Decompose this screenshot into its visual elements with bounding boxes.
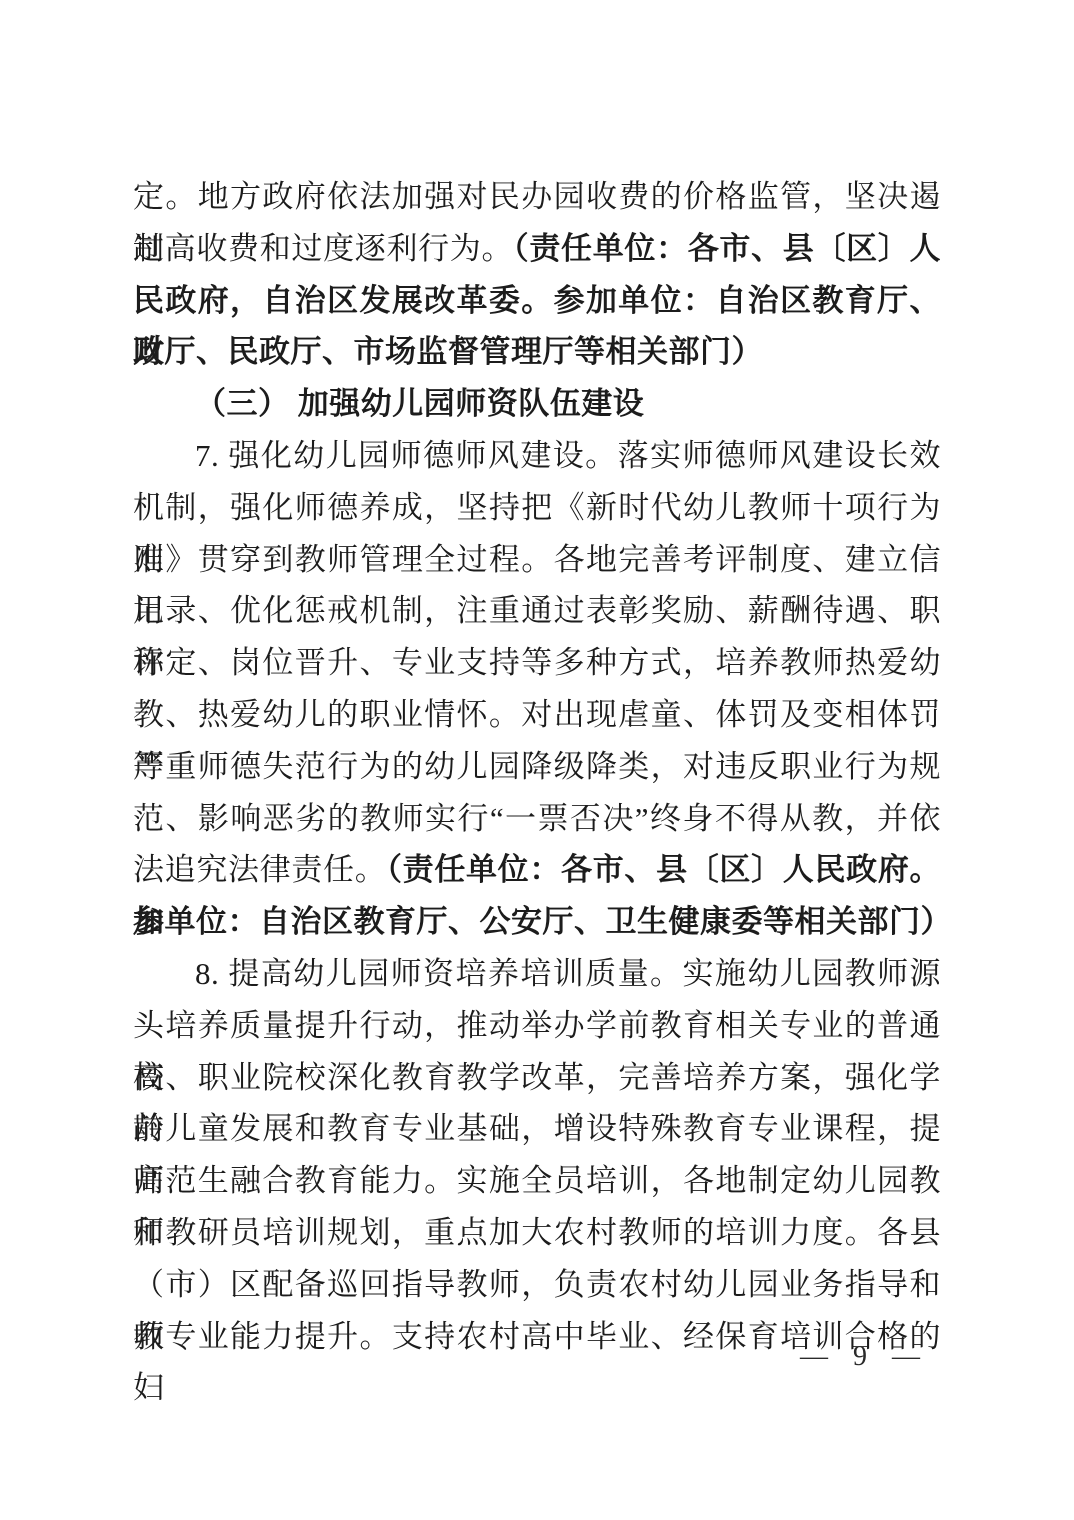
text-line: 评定、岗位晋升、专业支持等多种方式，培养教师热爱幼 (133, 637, 941, 689)
text-segment: 和教研员培训规划，重点加大农村教师的培训力度。各县 (133, 1215, 941, 1250)
text-line: 师范生融合教育能力。实施全员培训，各地制定幼儿园教师 (133, 1155, 941, 1207)
text-line: 8. 提高幼儿园师资培养培训质量。实施幼儿园教师源 (133, 948, 941, 1000)
text-segment: 严重师德失范行为的幼儿园降级降类，对违反职业行为规 (133, 749, 941, 784)
text-line: （市）区配备巡回指导教师，负责农村幼儿园业务指导和教 (133, 1259, 941, 1311)
text-line: 法追究法律责任。（责任单位：各市、县〔区〕人民政府。参 (133, 844, 941, 896)
text-line: 严重师德失范行为的幼儿园降级降类，对违反职业行为规 (133, 741, 941, 793)
text-line: 加单位：自治区教育厅、公安厅、卫生健康委等相关部门） (133, 896, 941, 948)
text-segment: 范、影响恶劣的教师实行“一票否决”终身不得从教，并依 (133, 801, 941, 836)
text-line: 7. 强化幼儿园师德师风建设。落实师德师风建设长效 (133, 430, 941, 482)
text-line: 和教研员培训规划，重点加大农村教师的培训力度。各县 (133, 1207, 941, 1259)
text-segment: （三） 加强幼儿园师资队伍建设 (195, 386, 644, 421)
text-segment: 法追究法律责任。 (133, 852, 386, 887)
text-line: 头培养质量提升行动，推动举办学前教育相关专业的普通高 (133, 1000, 941, 1052)
text-segment: 加单位：自治区教育厅、公安厅、卫生健康委等相关部门） (133, 904, 952, 939)
text-line: 前儿童发展和教育专业基础，增设特殊教育专业课程，提高 (133, 1103, 941, 1155)
text-segment: 政厅、民政厅、市场监督管理厅等相关部门） (133, 334, 763, 369)
text-line: 机制，强化师德养成，坚持把《新时代幼儿教师十项行为准 (133, 482, 941, 534)
text-line: 范、影响恶劣的教师实行“一票否决”终身不得从教，并依 (133, 793, 941, 845)
text-line: （三） 加强幼儿园师资队伍建设 (133, 378, 941, 430)
text-segment: 过高收费和过度逐利行为。 (133, 231, 513, 266)
text-segment: 8. 提高幼儿园师资培养培训质量。实施幼儿园教师源 (195, 956, 941, 991)
text-line: 则》贯穿到教师管理全过程。各地完善考评制度、建立信用 (133, 534, 941, 586)
text-line: 校、职业院校深化教育教学改革，完善培养方案，强化学龄 (133, 1052, 941, 1104)
text-line: 过高收费和过度逐利行为。（责任单位：各市、县〔区〕人 (133, 223, 941, 275)
document-page: 定。地方政府依法加强对民办园收费的价格监管，坚决遏制过高收费和过度逐利行为。（责… (0, 0, 1074, 1520)
text-line: 教、热爱幼儿的职业情怀。对出现虐童、体罚及变相体罚等 (133, 689, 941, 741)
text-line: 政厅、民政厅、市场监督管理厅等相关部门） (133, 326, 941, 378)
text-line: 记录、优化惩戒机制，注重通过表彰奖励、薪酬待遇、职称 (133, 585, 941, 637)
text-line: 民政府，自治区发展改革委。参加单位：自治区教育厅、财 (133, 275, 941, 327)
text-block: 定。地方政府依法加强对民办园收费的价格监管，坚决遏制过高收费和过度逐利行为。（责… (133, 171, 941, 1362)
text-segment: 评定、岗位晋升、专业支持等多种方式，培养教师热爱幼 (133, 645, 941, 680)
page-number: — 9 — (800, 1340, 922, 1374)
text-line: 定。地方政府依法加强对民办园收费的价格监管，坚决遏制 (133, 171, 941, 223)
text-segment: （责任单位：各市、县〔区〕人 (513, 231, 941, 266)
text-segment: 7. 强化幼儿园师德师风建设。落实师德师风建设长效 (195, 438, 941, 473)
